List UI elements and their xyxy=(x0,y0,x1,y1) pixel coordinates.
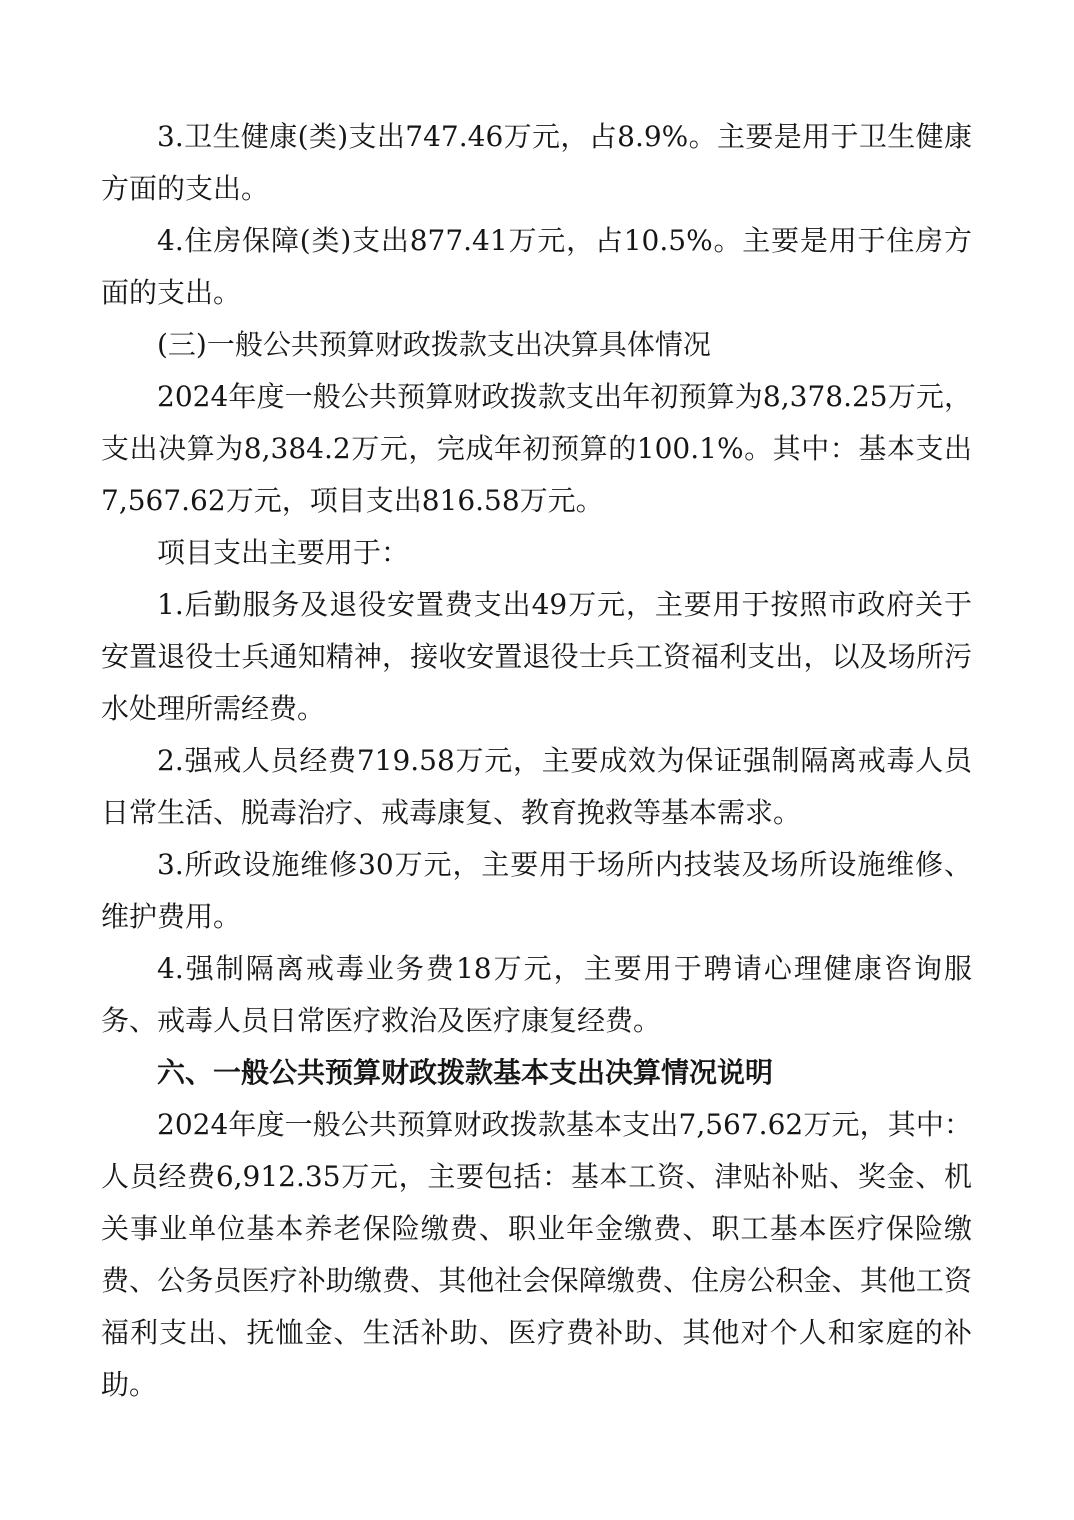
paragraph: 3.所政设施维修30万元，主要用于场所内技装及场所设施维修、维护费用。 xyxy=(101,839,972,943)
subsection-heading: (三)一般公共预算财政拨款支出决算具体情况 xyxy=(101,319,972,371)
paragraph: 2.强戒人员经费719.58万元，主要成效为保证强制隔离戒毒人员日常生活、脱毒治… xyxy=(101,735,972,839)
paragraph: 2024年度一般公共预算财政拨款基本支出7,567.62万元，其中：人员经费6,… xyxy=(101,1099,972,1411)
paragraph: 2024年度一般公共预算财政拨款支出年初预算为8,378.25万元，支出决算为8… xyxy=(101,371,972,527)
paragraph: 3.卫生健康(类)支出747.46万元，占8.9%。主要是用于卫生健康方面的支出… xyxy=(101,111,972,215)
document-body: 3.卫生健康(类)支出747.46万元，占8.9%。主要是用于卫生健康方面的支出… xyxy=(101,111,972,1411)
document-page: 3.卫生健康(类)支出747.46万元，占8.9%。主要是用于卫生健康方面的支出… xyxy=(0,0,1074,1520)
paragraph: 项目支出主要用于： xyxy=(101,527,972,579)
paragraph: 1.后勤服务及退役安置费支出49万元，主要用于按照市政府关于安置退役士兵通知精神… xyxy=(101,579,972,735)
paragraph: 4.住房保障(类)支出877.41万元，占10.5%。主要是用于住房方面的支出。 xyxy=(101,215,972,319)
section-heading: 六、一般公共预算财政拨款基本支出决算情况说明 xyxy=(101,1047,972,1099)
paragraph: 4.强制隔离戒毒业务费18万元，主要用于聘请心理健康咨询服务、戒毒人员日常医疗救… xyxy=(101,943,972,1047)
